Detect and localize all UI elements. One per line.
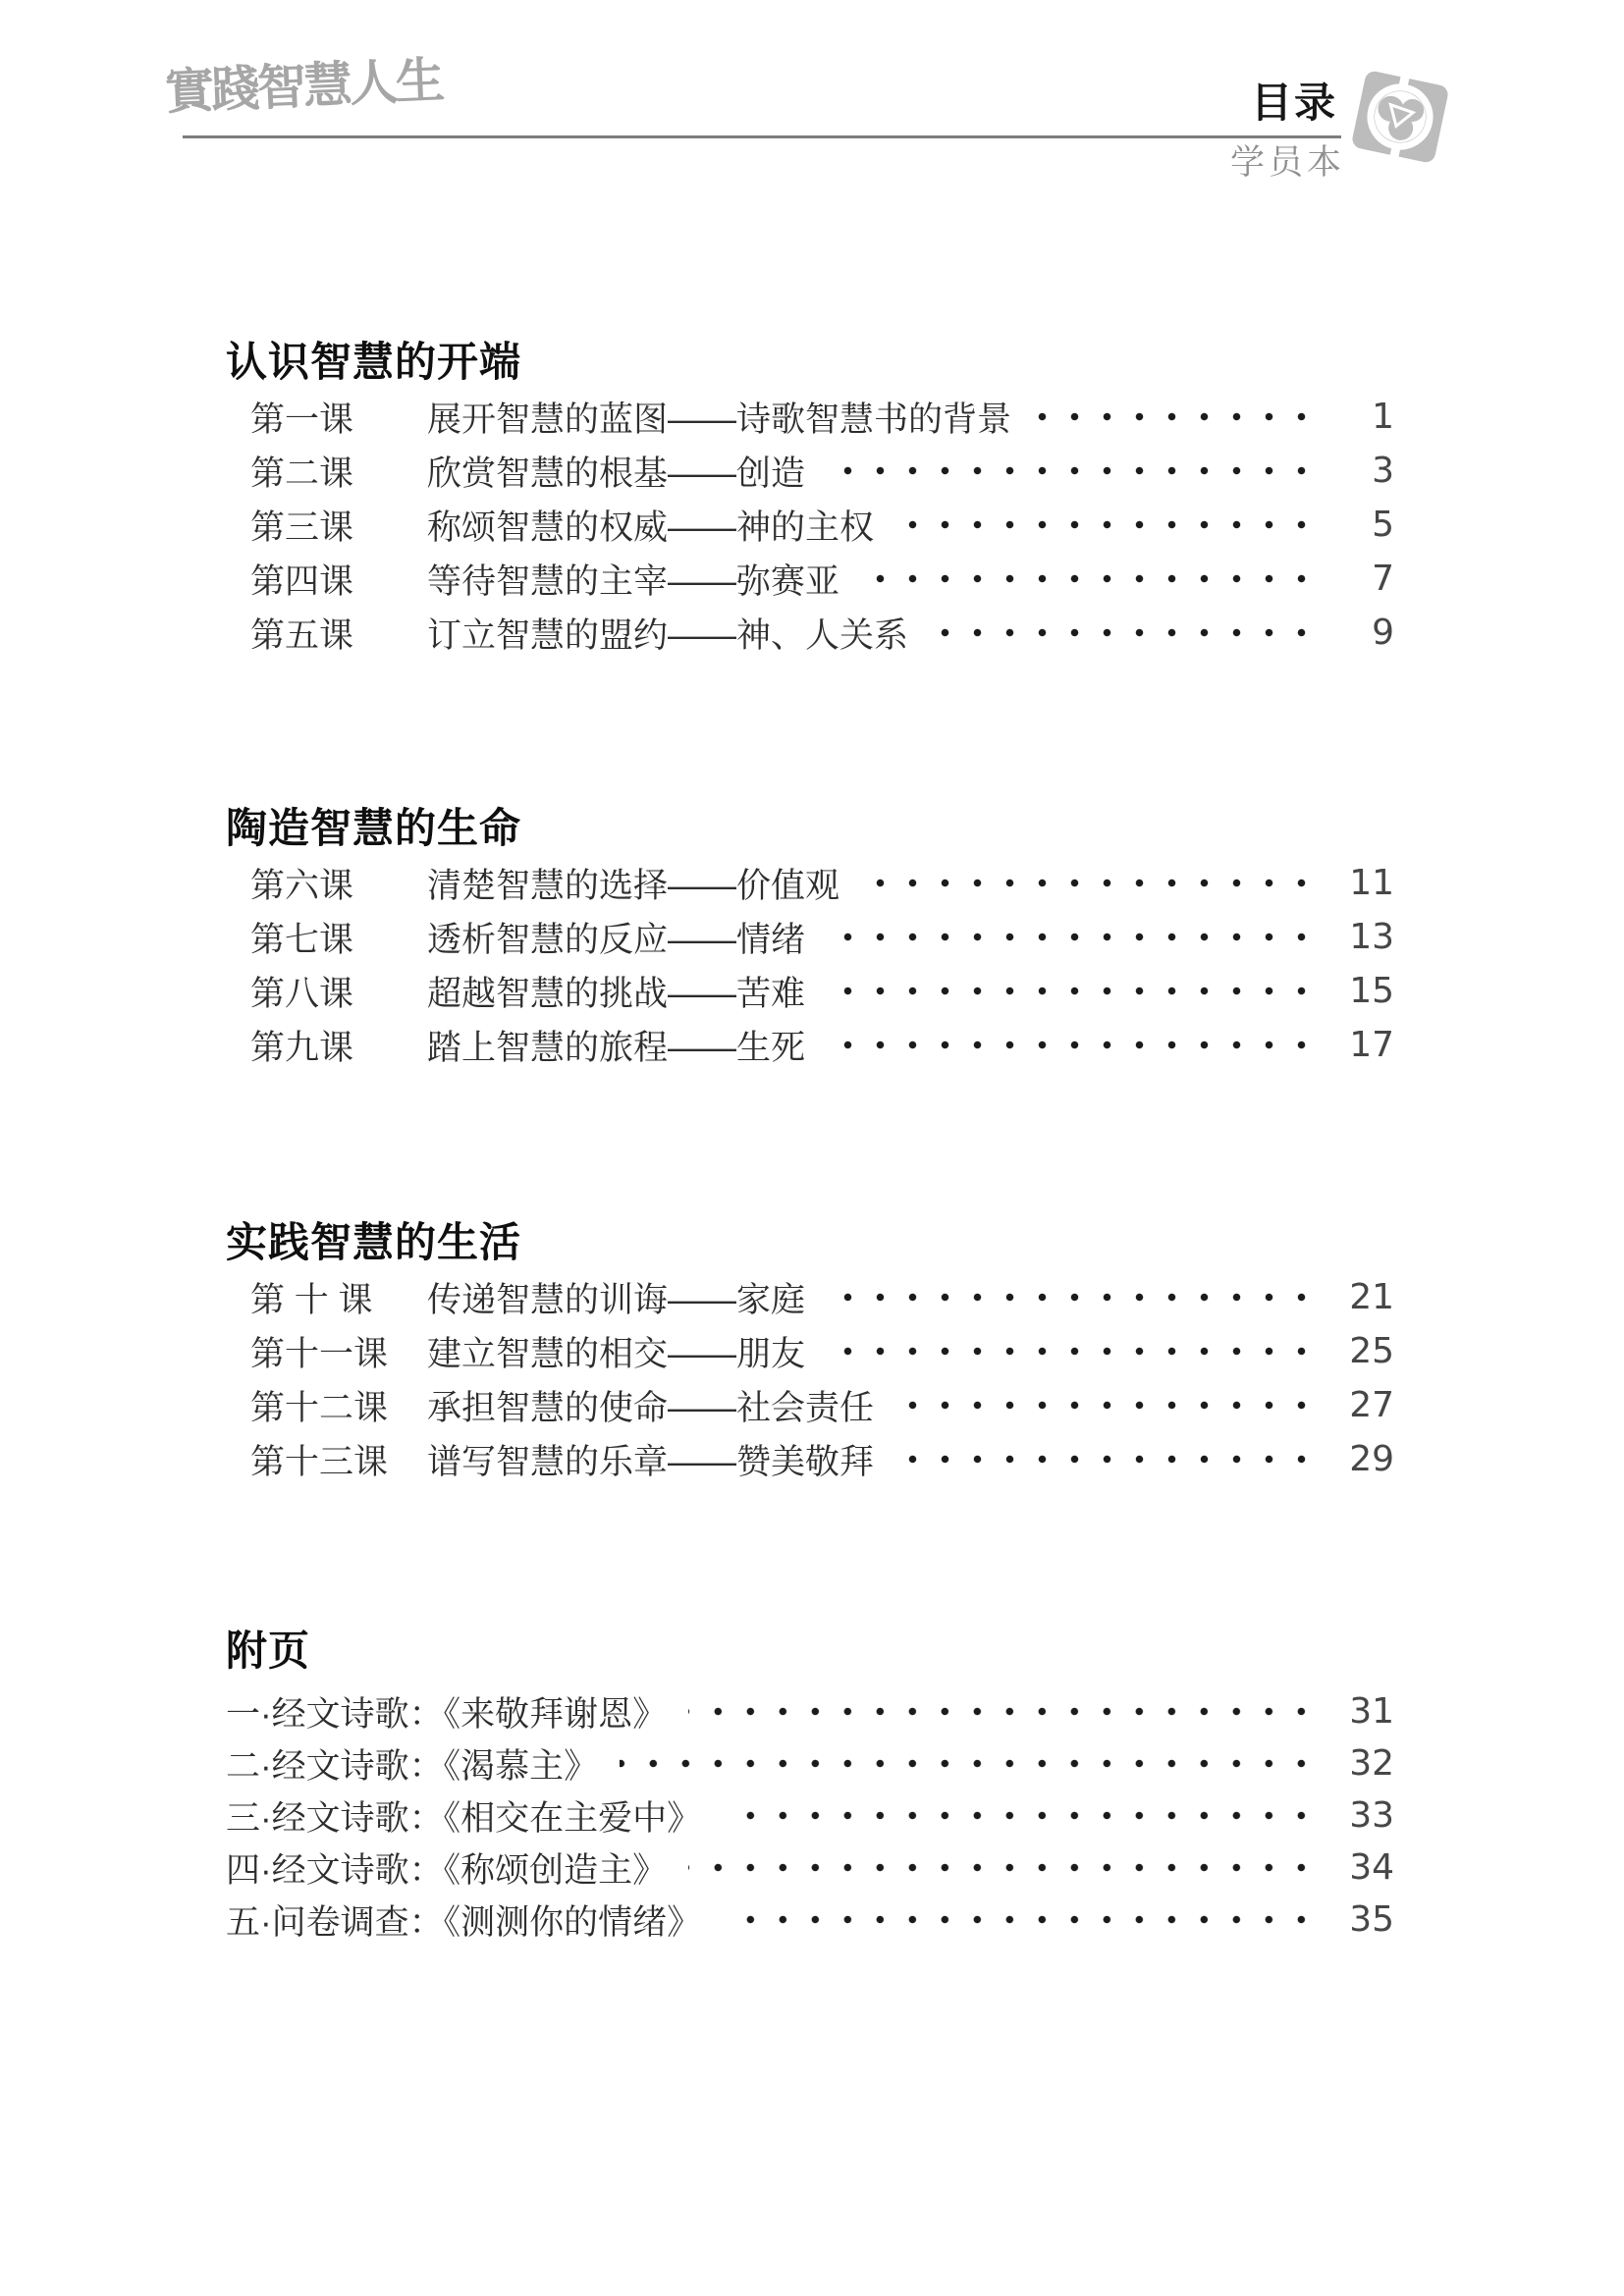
- lesson-number: 第一课: [250, 393, 427, 442]
- page-number: 5: [1335, 505, 1394, 545]
- lesson-title: 传递智慧的训诲——家庭: [427, 1273, 805, 1322]
- header-divider: [183, 135, 1341, 138]
- book-logo-calligraphy: 實踐智慧人生: [163, 36, 480, 134]
- section-heading: 认识智慧的开端: [226, 342, 1394, 383]
- page-number: 13: [1335, 917, 1394, 957]
- page-number: 1: [1335, 397, 1394, 437]
- lesson-number: 第九课: [250, 1021, 427, 1070]
- toc-entry: 第七课 透析智慧的反应——情绪 13: [226, 910, 1394, 964]
- dot-leader: [861, 856, 1327, 910]
- lesson-number: 第八课: [250, 967, 427, 1016]
- dot-leader: [827, 964, 1327, 1018]
- dot-leader: [723, 1789, 1327, 1842]
- toc-entry: 二·经文诗歌：《渴慕主》 32: [226, 1737, 1394, 1789]
- lesson-number: 第十三课: [250, 1435, 427, 1484]
- dot-leader: [827, 1018, 1327, 1072]
- toc-entry: 一·经文诗歌：《来敬拜谢恩》 31: [226, 1685, 1394, 1737]
- dot-leader: [723, 1894, 1327, 1946]
- toc-entry: 第五课 订立智慧的盟约——神、人关系 9: [226, 606, 1394, 660]
- dot-leader: [895, 498, 1327, 552]
- page-number: 29: [1335, 1439, 1394, 1479]
- appendix-title: 一·经文诗歌：《来敬拜谢恩》: [226, 1687, 667, 1736]
- lesson-title: 踏上智慧的旅程——生死: [427, 1021, 805, 1070]
- toc-entry: 第十一课 建立智慧的相交——朋友 25: [226, 1324, 1394, 1378]
- page-number: 31: [1335, 1691, 1394, 1732]
- page-number: 25: [1335, 1331, 1394, 1371]
- page-number: 7: [1335, 559, 1394, 599]
- lesson-title: 透析智慧的反应——情绪: [427, 913, 805, 962]
- page-number: 9: [1335, 613, 1394, 653]
- appendix-title: 三·经文诗歌：《相交在主爱中》: [226, 1791, 701, 1841]
- dot-leader: [620, 1737, 1327, 1789]
- dot-leader: [827, 444, 1327, 498]
- dot-leader: [688, 1685, 1327, 1737]
- lesson-number: 第七课: [250, 913, 427, 962]
- dot-leader: [895, 1432, 1327, 1486]
- toc-entry: 第二课 欣赏智慧的根基——创造 3: [226, 444, 1394, 498]
- lesson-number: 第五课: [250, 609, 427, 658]
- page-number: 15: [1335, 971, 1394, 1011]
- toc-section-appendix: 附页 一·经文诗歌：《来敬拜谢恩》 31 二·经文诗歌：《渴慕主》 32 三·经…: [226, 1630, 1394, 1946]
- lesson-number: 第十二课: [250, 1381, 427, 1430]
- toc-entry: 第三课 称颂智慧的权威——神的主权 5: [226, 498, 1394, 552]
- toc-entry: 第八课 超越智慧的挑战——苦难 15: [226, 964, 1394, 1018]
- toc-entry: 第九课 踏上智慧的旅程——生死 17: [226, 1018, 1394, 1072]
- section-heading: 实践智慧的生活: [226, 1222, 1394, 1263]
- toc-section-part2: 陶造智慧的生命 第六课 清楚智慧的选择——价值观 11 第七课 透析智慧的反应—…: [226, 808, 1394, 1072]
- page-number: 17: [1335, 1025, 1394, 1065]
- publisher-badge-icon: [1341, 61, 1459, 173]
- toc-section-part3: 实践智慧的生活 第 十 课 传递智慧的训诲——家庭 21 第十一课 建立智慧的相…: [226, 1222, 1394, 1486]
- lesson-number: 第 十 课: [250, 1273, 427, 1322]
- page-number: 35: [1335, 1899, 1394, 1940]
- page-number: 34: [1335, 1847, 1394, 1888]
- toc-entry: 第十二课 承担智慧的使命——社会责任 27: [226, 1378, 1394, 1432]
- lesson-number: 第二课: [250, 447, 427, 496]
- page-number: 21: [1335, 1277, 1394, 1317]
- dot-leader: [827, 1324, 1327, 1378]
- lesson-title: 清楚智慧的选择——价值观: [427, 859, 839, 908]
- appendix-title: 二·经文诗歌：《渴慕主》: [226, 1739, 598, 1789]
- appendix-title: 五·问卷调查：《测测你的情绪》: [226, 1896, 701, 1945]
- dot-leader: [895, 1378, 1327, 1432]
- page-number: 11: [1335, 863, 1394, 903]
- page-number: 27: [1335, 1385, 1394, 1425]
- toc-entry: 第六课 清楚智慧的选择——价值观 11: [226, 856, 1394, 910]
- lesson-number: 第十一课: [250, 1327, 427, 1376]
- page-number: 3: [1335, 451, 1394, 491]
- lesson-title: 承担智慧的使命——社会责任: [427, 1381, 874, 1430]
- toc-entry: 三·经文诗歌：《相交在主爱中》 33: [226, 1789, 1394, 1842]
- dot-leader: [930, 606, 1327, 660]
- toc-section-part1: 认识智慧的开端 第一课 展开智慧的蓝图——诗歌智慧书的背景 1 第二课 欣赏智慧…: [226, 342, 1394, 660]
- lesson-number: 第六课: [250, 859, 427, 908]
- lesson-title: 欣赏智慧的根基——创造: [427, 447, 805, 496]
- dot-leader: [827, 1270, 1327, 1324]
- edition-label: 学员本: [1230, 145, 1345, 180]
- toc-entry: 五·问卷调查：《测测你的情绪》 35: [226, 1894, 1394, 1946]
- page-title: 目录: [1251, 82, 1337, 124]
- dot-leader: [861, 552, 1327, 606]
- section-heading: 附页: [226, 1630, 1394, 1672]
- toc-entry: 第 十 课 传递智慧的训诲——家庭 21: [226, 1270, 1394, 1324]
- section-heading: 陶造智慧的生命: [226, 808, 1394, 849]
- lesson-title: 建立智慧的相交——朋友: [427, 1327, 805, 1376]
- page-number: 33: [1335, 1795, 1394, 1836]
- lesson-title: 展开智慧的蓝图——诗歌智慧书的背景: [427, 393, 1011, 442]
- dot-leader: [688, 1842, 1327, 1894]
- lesson-title: 等待智慧的主宰——弥赛亚: [427, 555, 839, 604]
- lesson-title: 订立智慧的盟约——神、人关系: [427, 609, 908, 658]
- appendix-title: 四·经文诗歌：《称颂创造主》: [226, 1843, 667, 1893]
- lesson-title: 谱写智慧的乐章——赞美敬拜: [427, 1435, 874, 1484]
- lesson-number: 第四课: [250, 555, 427, 604]
- lesson-number: 第三课: [250, 501, 427, 550]
- toc-entry: 第四课 等待智慧的主宰——弥赛亚 7: [226, 552, 1394, 606]
- dot-leader: [827, 910, 1327, 964]
- toc-entry: 四·经文诗歌：《称颂创造主》 34: [226, 1842, 1394, 1894]
- toc-entry: 第十三课 谱写智慧的乐章——赞美敬拜 29: [226, 1432, 1394, 1486]
- toc-entry: 第一课 展开智慧的蓝图——诗歌智慧书的背景 1: [226, 390, 1394, 444]
- lesson-title: 称颂智慧的权威——神的主权: [427, 501, 874, 550]
- page-number: 32: [1335, 1743, 1394, 1784]
- dot-leader: [1033, 390, 1327, 444]
- lesson-title: 超越智慧的挑战——苦难: [427, 967, 805, 1016]
